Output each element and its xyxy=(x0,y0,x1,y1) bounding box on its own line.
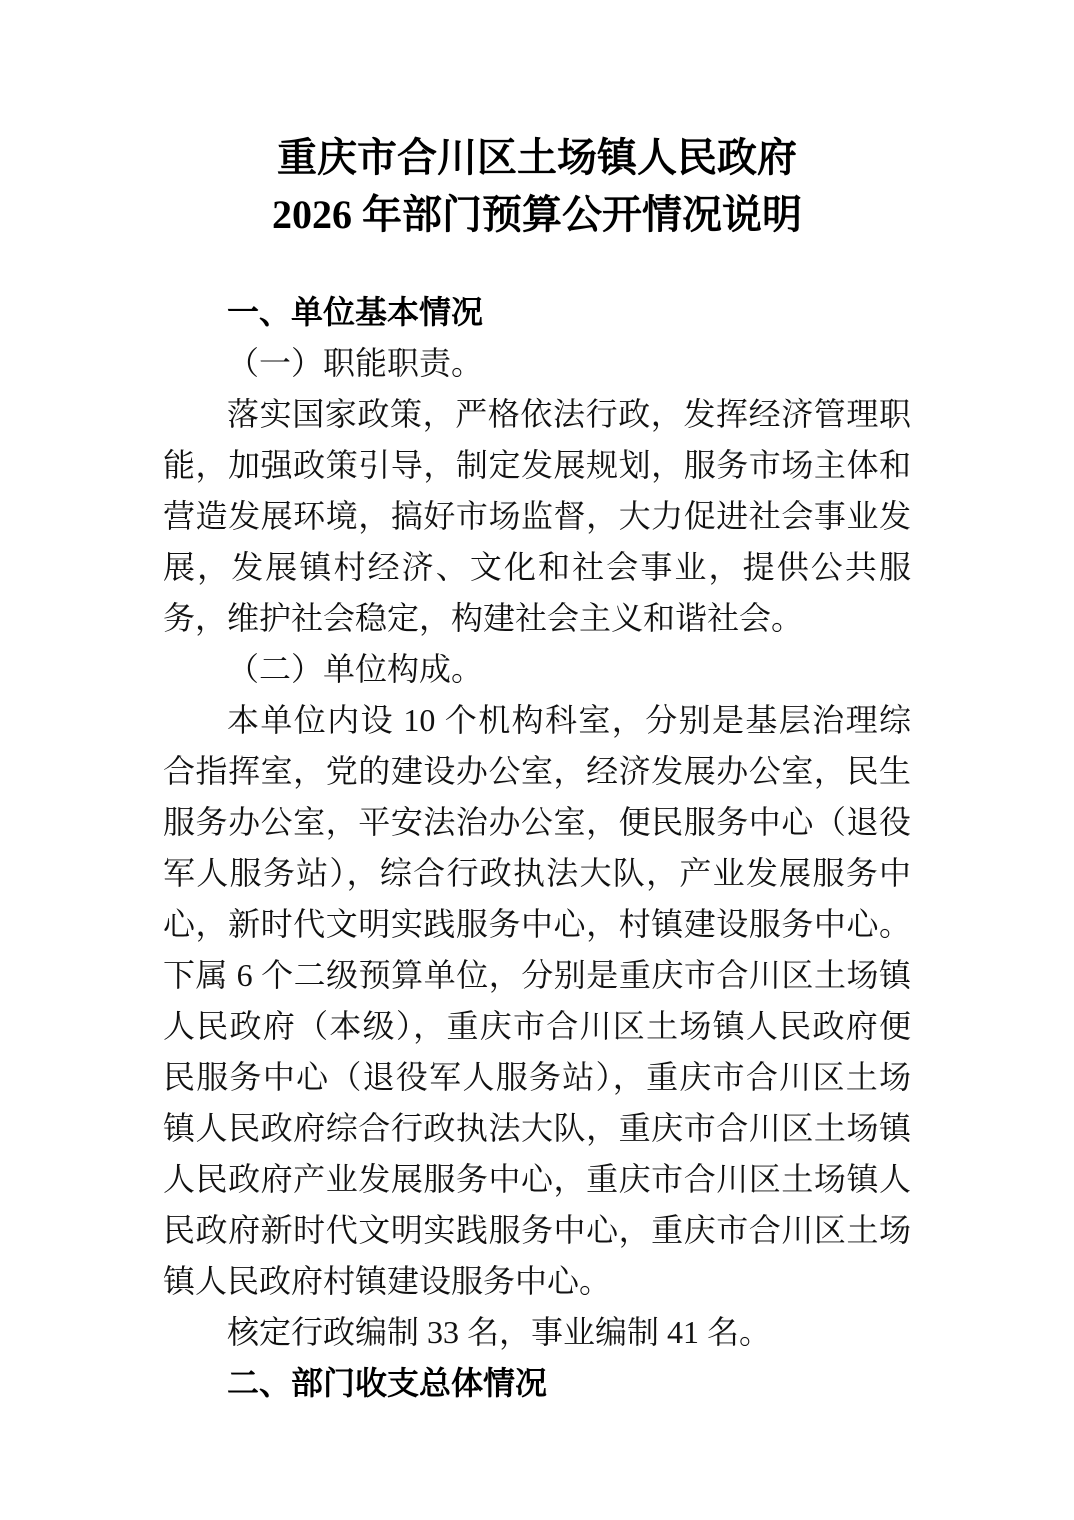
document-body: 一、单位基本情况 （一）职能职责。 落实国家政策，严格依法行政，发挥经济管理职能… xyxy=(163,287,911,1409)
subsection-heading-1-1: （一）职能职责。 xyxy=(163,338,911,389)
document-title: 重庆市合川区土场镇人民政府 2026 年部门预算公开情况说明 xyxy=(163,129,911,243)
section-heading-1: 一、单位基本情况 xyxy=(163,287,911,338)
paragraph-composition: 本单位内设 10 个机构科室，分别是基层治理综合指挥室，党的建设办公室，经济发展… xyxy=(163,695,911,1307)
document-title-line-2: 2026 年部门预算公开情况说明 xyxy=(163,186,911,243)
section-heading-2: 二、部门收支总体情况 xyxy=(163,1358,911,1409)
subsection-heading-1-2: （二）单位构成。 xyxy=(163,644,911,695)
document-title-line-1: 重庆市合川区土场镇人民政府 xyxy=(163,129,911,186)
paragraph-staffing: 核定行政编制 33 名，事业编制 41 名。 xyxy=(163,1307,911,1358)
document-page: 重庆市合川区土场镇人民政府 2026 年部门预算公开情况说明 一、单位基本情况 … xyxy=(0,0,1074,1520)
paragraph-duties: 落实国家政策，严格依法行政，发挥经济管理职能，加强政策引导，制定发展规划，服务市… xyxy=(163,389,911,644)
